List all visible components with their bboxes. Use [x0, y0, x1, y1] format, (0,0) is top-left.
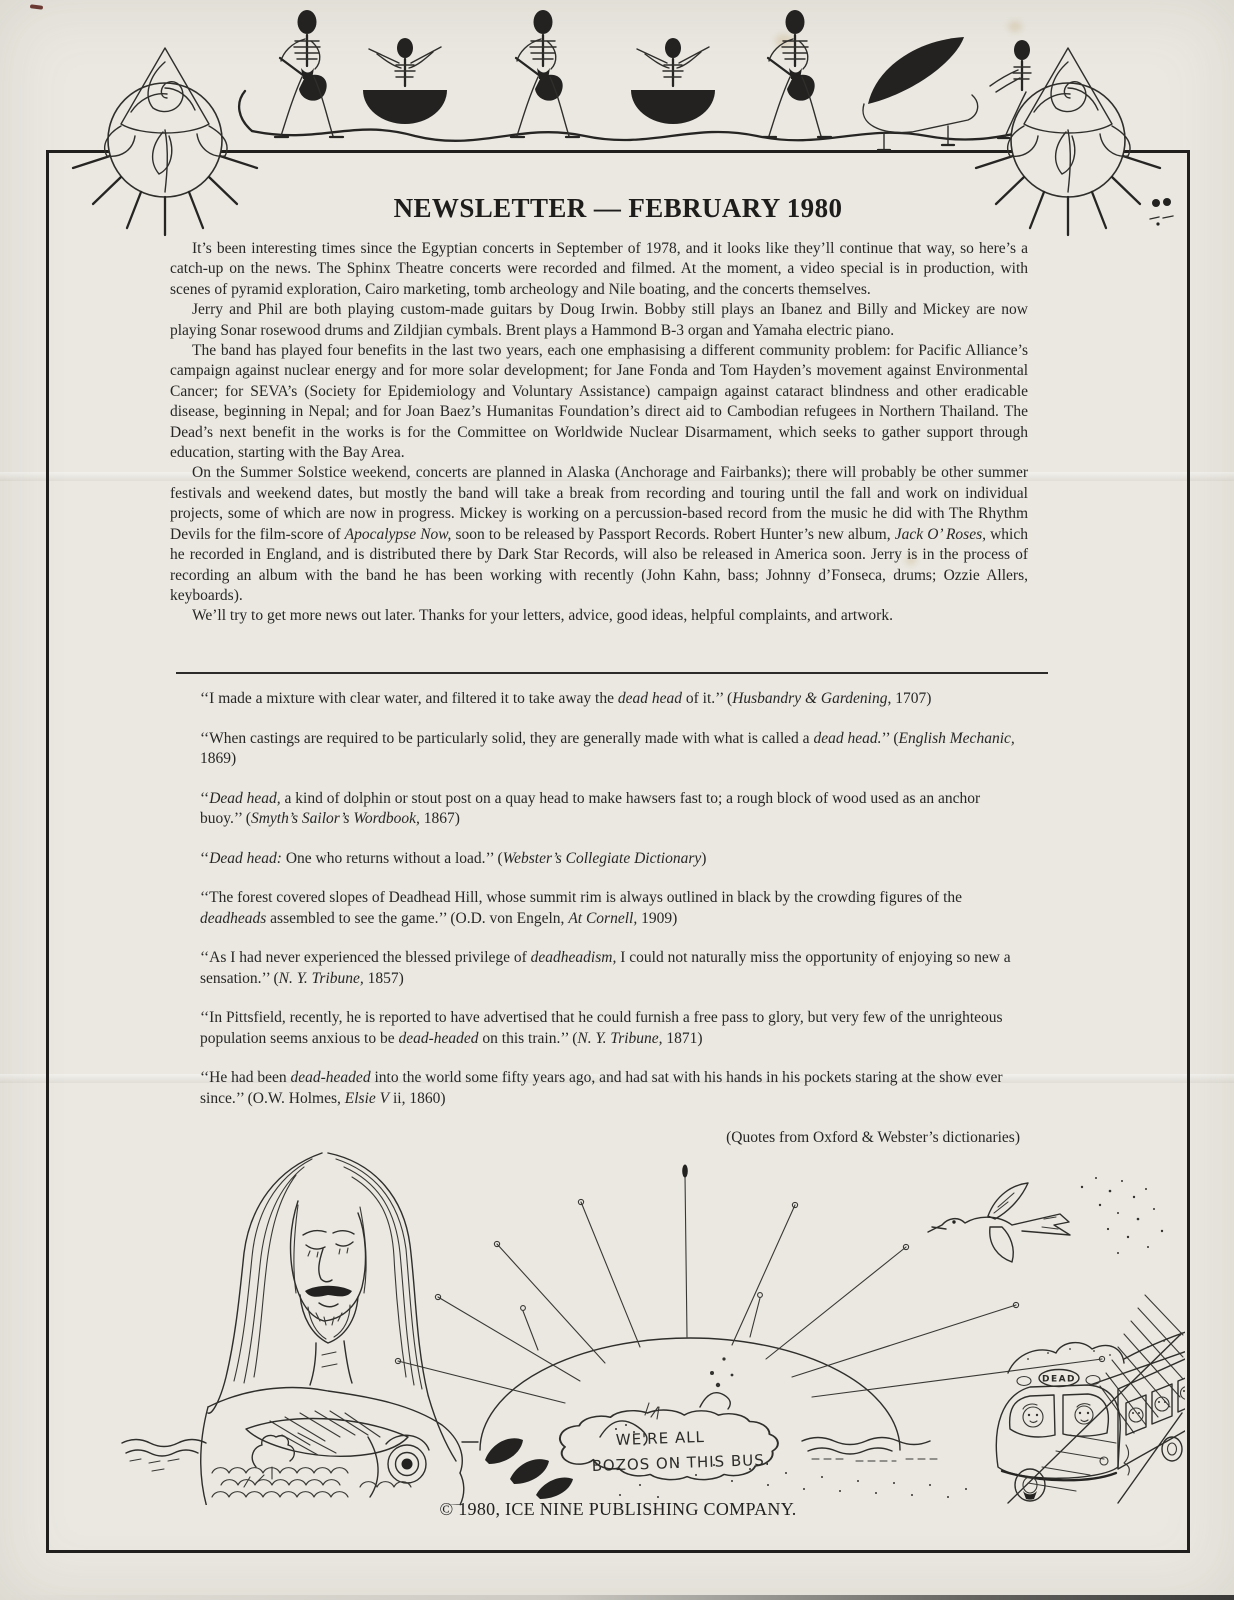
quote-item: ‘‘I made a mixture with clear water, and…: [200, 689, 1020, 710]
skeleton-drummer-1: [363, 38, 447, 124]
page-title: NEWSLETTER — FEBRUARY 1980: [46, 193, 1190, 224]
quote-item: ‘‘He had been dead-headed into the world…: [200, 1068, 1020, 1109]
quotes-section: ‘‘I made a mixture with clear water, and…: [200, 689, 1020, 1149]
scan-edge-shadow: [0, 1595, 1234, 1600]
news-body: It’s been interesting times since the Eg…: [170, 239, 1028, 627]
copyright-line: © 1980, ICE NINE PUBLISHING COMPANY.: [46, 1499, 1190, 1520]
quote-item: ‘‘Dead head, a kind of dolphin or stout …: [200, 789, 1020, 830]
body-paragraph: It’s been interesting times since the Eg…: [170, 239, 1028, 300]
skeleton-guitarist-3: [763, 10, 831, 137]
newsletter-page: NEWSLETTER — FEBRUARY 1980 It’s been int…: [0, 0, 1234, 1600]
quote-item: ‘‘When castings are required to be parti…: [200, 729, 1020, 770]
quotes-credit: (Quotes from Oxford & Webster’s dictiona…: [200, 1128, 1020, 1149]
body-paragraph: We’ll try to get more news out later. Th…: [170, 606, 1028, 626]
paper-stain: [1008, 21, 1022, 32]
skeleton-guitarist-1: [275, 10, 343, 137]
quote-item: ‘‘As I had never experienced the blessed…: [200, 948, 1020, 989]
skeleton-drummer-2: [631, 38, 715, 124]
body-paragraph: The band has played four benefits in the…: [170, 341, 1028, 463]
grand-piano-and-pianist: [863, 37, 1058, 150]
quote-item: ‘‘In Pittsfield, recently, he is reporte…: [200, 1008, 1020, 1049]
quote-item: ‘‘Dead head: One who returns without a l…: [200, 849, 1020, 870]
ink-fleck: [30, 4, 43, 10]
body-paragraph: On the Summer Solstice weekend, concerts…: [170, 463, 1028, 606]
paper-stain: [775, 34, 793, 48]
skeleton-guitarist-2: [511, 10, 579, 137]
body-paragraph: Jerry and Phil are both playing custom-m…: [170, 300, 1028, 341]
quote-item: ‘‘The forest covered slopes of Deadhead …: [200, 888, 1020, 929]
stage-line: [239, 91, 1046, 141]
section-divider: [176, 672, 1048, 674]
